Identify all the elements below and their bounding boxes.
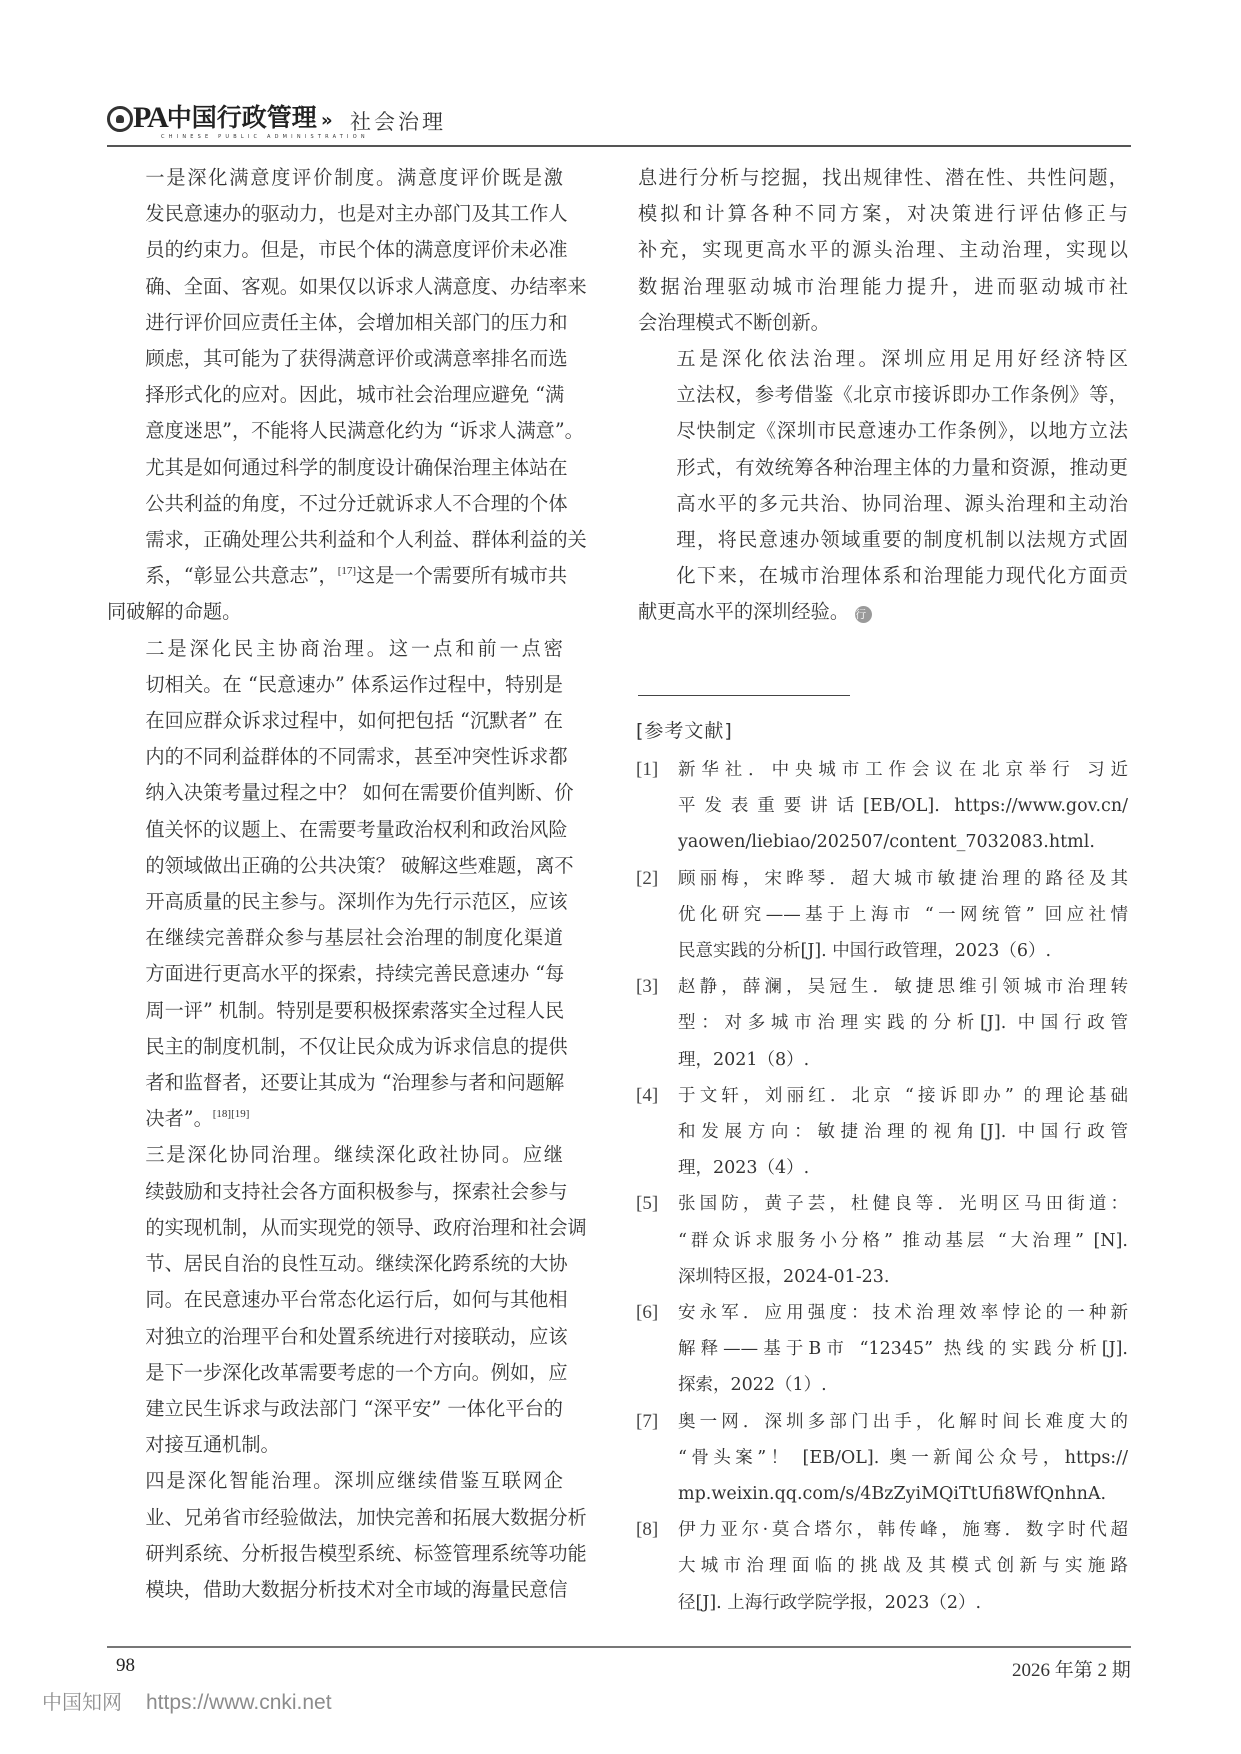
text-line: 高水平的多元共治、协同治理、源头治理和主动治	[638, 486, 1128, 522]
reference-line: 优化研究——基于上海市 “一网统管” 回应社情	[678, 897, 1128, 933]
text-line: 三是深化协同治理。继续深化政社协同。应继	[107, 1137, 563, 1173]
reference-line: 型：对多城市治理实践的分析[J]. 中国行政管	[678, 1005, 1128, 1041]
text-line: 的领域做出正确的公共决策？ 破解这些难题，离不	[107, 848, 563, 884]
text-line: 是下一步深化改革需要考虑的一个方向。例如，应	[107, 1355, 563, 1391]
text-line: 纳入决策考量过程之中？ 如何在需要价值判断、价	[107, 775, 563, 811]
text-line: 开高质量的民主参与。深圳作为先行示范区，应该	[107, 884, 563, 920]
text-line: 模拟和计算各种不同方案，对决策进行评估修正与	[638, 196, 1128, 232]
citation-marker[interactable]: [18][19]	[213, 1108, 250, 1120]
text-line: 立法权，参考借鉴《北京市接诉即办工作条例》等，	[638, 377, 1128, 413]
reference-line: 解释——基于B市 “12345” 热线的实践分析[J].	[678, 1331, 1128, 1367]
reference-item: [2] 顾丽梅，宋晔琴．超大城市敏捷治理的路径及其 优化研究——基于上海市 “一…	[636, 861, 1128, 970]
text-line: 的实现机制，从而实现党的领导、政府治理和社会调	[107, 1210, 563, 1246]
text-line: 在回应群众诉求过程中，如何把包括 “沉默者” 在	[107, 703, 563, 739]
reference-item: [7] 奥一网．深圳多部门出手，化解时间长难度大的 “骨头案”！ [EB/OL]…	[636, 1404, 1128, 1513]
reference-line: 理，2021（8）.	[678, 1042, 1128, 1078]
references-divider	[638, 695, 850, 696]
text-line: 确、全面、客观。如果仅以诉求人满意度、办结率来	[107, 269, 563, 305]
text-fragment: 这是一个需要所有城市共	[356, 564, 567, 587]
paragraph-rule-of-law: 五是深化依法治理。深圳应用足用好经济特区 立法权，参考借鉴《北京市接诉即办工作条…	[638, 341, 1128, 631]
reference-line[interactable]: yaowen/liebiao/202507/content_7032083.ht…	[678, 824, 1128, 860]
text-line: 五是深化依法治理。深圳应用足用好经济特区	[638, 341, 1128, 377]
text-fragment: 系，“彰显公共意志”，	[145, 564, 337, 587]
logo-latin: PA	[133, 104, 167, 132]
references-list: [1] 新华社．中央城市工作会议在北京举行 习近 平发表重要讲话[EB/OL].…	[636, 752, 1128, 1621]
text-line: 民主的制度机制，不仅让民众成为诉求信息的提供	[107, 1029, 563, 1065]
reference-line: 理，2023（4）.	[678, 1150, 1128, 1186]
reference-line[interactable]: 平发表重要讲话[EB/OL]. https://www.gov.cn/	[678, 788, 1128, 824]
text-line: 同破解的命题。	[107, 594, 563, 630]
text-line: 节、居民自治的良性互动。继续深化跨系统的大协	[107, 1246, 563, 1282]
reference-line: 安永军．应用强度：技术治理效率悖论的一种新	[678, 1295, 1128, 1331]
reference-line: 奥一网．深圳多部门出手，化解时间长难度大的	[678, 1404, 1128, 1440]
text-line: 顾虑，其可能为了获得满意评价或满意率排名而选	[107, 341, 563, 377]
text-line: 同。在民意速办平台常态化运行后，如何与其他相	[107, 1282, 563, 1318]
text-line: 意度迷思”，不能将人民满意化约为 “诉求人满意”。	[107, 413, 563, 449]
text-line: 公共利益的角度，不过分迁就诉求人不合理的个体	[107, 486, 563, 522]
reference-item: [3] 赵静，薛澜，吴冠生．敏捷思维引领城市治理转 型：对多城市治理实践的分析[…	[636, 969, 1128, 1078]
journal-header: PA 中国行政管理 CHINESE PUBLIC ADMINISTRATION …	[107, 104, 1131, 144]
left-column: 一是深化满意度评价制度。满意度评价既是激 发民意速办的驱动力，也是对主办部门及其…	[107, 160, 563, 1608]
paragraph-collaboration: 三是深化协同治理。继续深化政社协同。应继 续鼓励和支持社会各方面积极参与，探索社…	[107, 1137, 563, 1463]
text-line: 进行评价回应责任主体，会增加相关部门的压力和	[107, 305, 563, 341]
text-line: 研判系统、分析报告模型系统、标签管理系统等功能	[107, 1536, 563, 1572]
text-line: 周一评” 机制。特别是要积极探索落实全过程人民	[107, 993, 563, 1029]
text-line: 员的约束力。但是，市民个体的满意度评价未必准	[107, 232, 563, 268]
reference-line: “群众诉求服务小分格” 推动基层 “大治理” [N].	[678, 1223, 1128, 1259]
reference-number: [5]	[636, 1186, 658, 1222]
text-line: 对独立的治理平台和处置系统进行对接联动，应该	[107, 1319, 563, 1355]
text-line: 系，“彰显公共意志”，[17]这是一个需要所有城市共	[107, 558, 563, 594]
cnki-watermark: 中国知网https://www.cnki.net	[42, 1686, 332, 1715]
text-line: 尤其是如何通过科学的制度设计确保治理主体站在	[107, 450, 563, 486]
reference-line: 径[J]. 上海行政学院学报，2023（2）.	[678, 1585, 1128, 1621]
reference-line[interactable]: mp.weixin.qq.com/s/4BzZyiMQiTtUfi8WfQnhn…	[678, 1476, 1128, 1512]
citation-marker[interactable]: [17]	[338, 565, 356, 577]
references-heading: [参考文献]	[636, 716, 733, 743]
paragraph-smart-governance-cont: 息进行分析与挖掘，找出规律性、潜在性、共性问题， 模拟和计算各种不同方案，对决策…	[638, 160, 1128, 341]
text-line: 方面进行更高水平的探索，持续完善民意速办 “每	[107, 956, 563, 992]
journal-subtitle-en: CHINESE PUBLIC ADMINISTRATION	[161, 134, 369, 140]
text-fragment: 决者”。	[145, 1107, 212, 1130]
paragraph-satisfaction: 一是深化满意度评价制度。满意度评价既是激 发民意速办的驱动力，也是对主办部门及其…	[107, 160, 563, 631]
text-line: 模块，借助大数据分析技术对全市域的海量民意信	[107, 1572, 563, 1608]
text-line: 数据治理驱动城市治理能力提升，进而驱动城市社	[638, 269, 1128, 305]
reference-number: [1]	[636, 752, 658, 788]
text-line: 会治理模式不断创新。	[638, 305, 1128, 341]
text-line: 者和监督者，还要让其成为 “治理参与者和问题解	[107, 1065, 563, 1101]
text-line: 息进行分析与挖掘，找出规律性、潜在性、共性问题，	[638, 160, 1128, 196]
reference-item: [4] 于文轩，刘丽红．北京 “接诉即办” 的理论基础 和发展方向：敏捷治理的视…	[636, 1078, 1128, 1187]
text-line: 二是深化民主协商治理。这一点和前一点密	[107, 631, 563, 667]
watermark-site-name: 中国知网	[42, 1690, 122, 1714]
footer-divider	[107, 1646, 1131, 1648]
text-line: 献更高水平的深圳经验。行	[638, 594, 1128, 630]
reference-line: 探索，2022（1）.	[678, 1367, 1128, 1403]
double-chevron-icon: »	[321, 110, 329, 131]
reference-line: 张国防，黄子芸，杜健良等．光明区马田街道：	[678, 1186, 1128, 1222]
reference-line: 和发展方向：敏捷治理的视角[J]. 中国行政管	[678, 1114, 1128, 1150]
reference-line: 赵静，薛澜，吴冠生．敏捷思维引领城市治理转	[678, 969, 1128, 1005]
issue-label: 2026 年第 2 期	[1012, 1655, 1131, 1682]
text-line: 化下来，在城市治理体系和治理能力现代化方面贡	[638, 558, 1128, 594]
right-column: 息进行分析与挖掘，找出规律性、潜在性、共性问题， 模拟和计算各种不同方案，对决策…	[638, 160, 1128, 631]
text-fragment: 献更高水平的深圳经验。	[638, 600, 849, 623]
reference-line: 于文轩，刘丽红．北京 “接诉即办” 的理论基础	[678, 1078, 1128, 1114]
reference-number: [3]	[636, 969, 658, 1005]
text-line: 择形式化的应对。因此，城市社会治理应避免 “满	[107, 377, 563, 413]
journal-title: 中国行政管理	[167, 104, 317, 132]
text-line: 值关怀的议题上、在需要考量政治权利和政治风险	[107, 812, 563, 848]
paragraph-smart-governance: 四是深化智能治理。深圳应继续借鉴互联网企 业、兄弟省市经验做法，加快完善和拓展大…	[107, 1463, 563, 1608]
reference-line[interactable]: “骨头案”！ [EB/OL]. 奥一新闻公众号，https://	[678, 1440, 1128, 1476]
reference-number: [7]	[636, 1404, 658, 1440]
reference-line: 大城市治理面临的挑战及其模式创新与实施路	[678, 1548, 1128, 1584]
text-line: 理，将民意速办领域重要的制度机制以法规方式固	[638, 522, 1128, 558]
text-line: 形式，有效统筹各种治理主体的力量和资源，推动更	[638, 450, 1128, 486]
text-line: 需求，正确处理公共利益和个人利益、群体利益的关	[107, 522, 563, 558]
reference-item: [6] 安永军．应用强度：技术治理效率悖论的一种新 解释——基于B市 “1234…	[636, 1295, 1128, 1404]
cpa-emblem-icon	[107, 106, 133, 132]
text-line: 切相关。在 “民意速办” 体系运作过程中，特别是	[107, 667, 563, 703]
reference-line: 深圳特区报，2024-01-23.	[678, 1259, 1128, 1295]
reference-number: [6]	[636, 1295, 658, 1331]
reference-item: [1] 新华社．中央城市工作会议在北京举行 习近 平发表重要讲话[EB/OL].…	[636, 752, 1128, 861]
reference-item: [5] 张国防，黄子芸，杜健良等．光明区马田街道： “群众诉求服务小分格” 推动…	[636, 1186, 1128, 1295]
reference-line: 新华社．中央城市工作会议在北京举行 习近	[678, 752, 1128, 788]
header-divider	[107, 145, 1131, 147]
reference-line: 伊力亚尔·莫合塔尔，韩传峰，施骞．数字时代超	[678, 1512, 1128, 1548]
text-line: 四是深化智能治理。深圳应继续借鉴互联网企	[107, 1463, 563, 1499]
text-line: 一是深化满意度评价制度。满意度评价既是激	[107, 160, 563, 196]
text-line: 尽快制定《深圳市民意速办工作条例》，以地方立法	[638, 413, 1128, 449]
text-line: 发民意速办的驱动力，也是对主办部门及其工作人	[107, 196, 563, 232]
text-line: 业、兄弟省市经验做法，加快完善和拓展大数据分析	[107, 1500, 563, 1536]
text-line: 续鼓励和支持社会各方面积极参与，探索社会参与	[107, 1174, 563, 1210]
journal-logo: PA 中国行政管理 CHINESE PUBLIC ADMINISTRATION	[107, 104, 317, 132]
text-line: 内的不同利益群体的不同需求，甚至冲突性诉求都	[107, 739, 563, 775]
reference-line: 民意实践的分析[J]. 中国行政管理，2023（6）.	[678, 933, 1128, 969]
article-end-icon: 行	[855, 606, 872, 623]
text-line: 对接互通机制。	[107, 1427, 563, 1463]
text-line: 建立民生诉求与政法部门 “深平安” 一体化平台的	[107, 1391, 563, 1427]
reference-number: [8]	[636, 1512, 658, 1548]
reference-number: [2]	[636, 861, 658, 897]
text-line: 决者”。[18][19]	[107, 1101, 563, 1137]
reference-item: [8] 伊力亚尔·莫合塔尔，韩传峰，施骞．数字时代超 大城市治理面临的挑战及其模…	[636, 1512, 1128, 1621]
section-name: 社会治理	[350, 106, 446, 136]
watermark-url[interactable]: https://www.cnki.net	[146, 1691, 332, 1714]
page-number: 98	[116, 1655, 135, 1677]
text-line: 在继续完善群众参与基层社会治理的制度化渠道	[107, 920, 563, 956]
paragraph-democracy: 二是深化民主协商治理。这一点和前一点密 切相关。在 “民意速办” 体系运作过程中…	[107, 631, 563, 1138]
reference-line: 顾丽梅，宋晔琴．超大城市敏捷治理的路径及其	[678, 861, 1128, 897]
text-line: 补充，实现更高水平的源头治理、主动治理，实现以	[638, 232, 1128, 268]
reference-number: [4]	[636, 1078, 658, 1114]
